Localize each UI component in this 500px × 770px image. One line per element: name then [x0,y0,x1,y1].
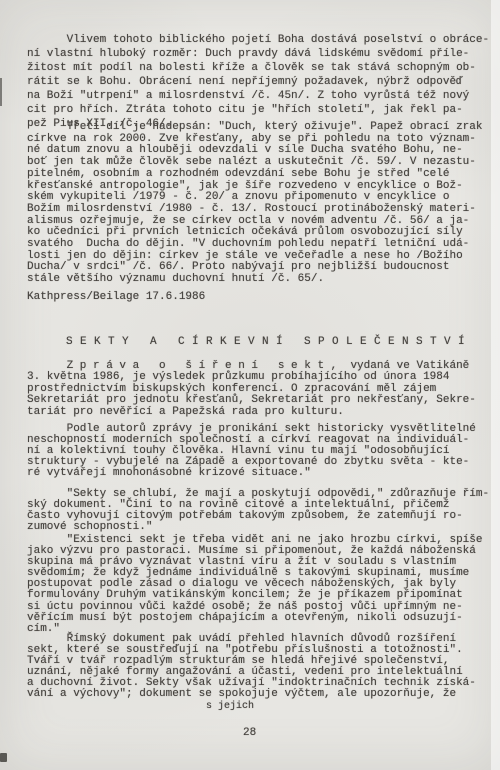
source-credit: Kathpress/Beilage 17.6.1986 [27,291,493,303]
paragraph-third-part-spirit: Třetí díl je nadepsán: "Duch, který oživ… [27,122,493,286]
paragraph-report-on-sects: Z p r á v a o š í ř e n í s e k t , vyda… [27,361,493,418]
paragraph-existence-of-sects: "Existenci sekt je třeba vidět ani ne ja… [27,535,493,635]
page-number: 28 [243,727,256,739]
paragraph-authors-view: Podle autorů zprávy je pronikání sekt hi… [27,424,493,479]
typed-correction-insertion: s jejich [206,701,254,712]
scan-right-edge [491,0,500,770]
scan-corner-mark [0,753,7,762]
scanned-page: Vlivem tohoto biblického pojetí Boha dos… [0,0,500,770]
paragraph-biblical-concept: Vlivem tohoto biblického pojetí Boha dos… [27,33,493,131]
section-heading: S E K T Y A C Í R K E V N Í S P O L E Č … [66,336,500,348]
scan-left-edge-mark [0,78,2,106]
paragraph-roman-document: Římský dokument pak uvádí přehled hlavní… [27,634,493,701]
paragraph-sects-boast: "Sekty se chlubí, že mají a poskytují od… [27,489,493,533]
